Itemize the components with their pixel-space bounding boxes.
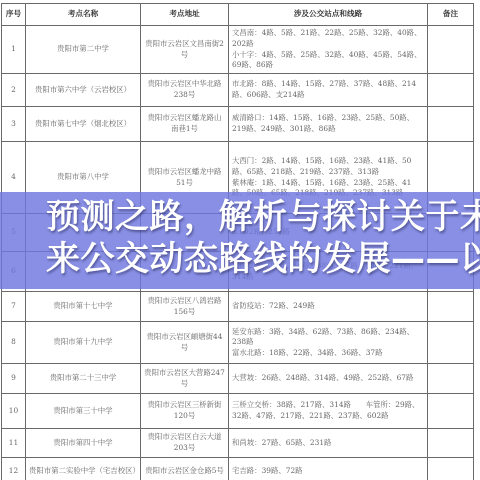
table-row: 9 贵阳市第二十三中学 贵阳市云岩区大营路247号 大营坡：26路、248路、3… [2,364,474,394]
row-name: 贵阳市第六中学（云岩校区） [26,74,141,107]
row-note [428,26,474,74]
stop-line: 宅吉路：39路、72路 [232,466,424,477]
headline-line-1: 预测之路，解析与探讨关于未 [0,196,480,238]
row-address: 贵阳市云岩区白云大道203号 [141,429,229,458]
stop-line: 富水北路：18路、22路、34路、36路、37路 [232,348,424,359]
row-routes: 威清路口：14路、15路、16路、23路、25路、50路、219路、249路、3… [229,107,428,142]
row-address: 贵阳市云岩区頔塘街44号 [141,322,229,364]
stop-line: 延安东路：3路、34路、62路、73路、86路、234路、238路 [232,327,424,348]
row-note [428,74,474,107]
table-row: 2 贵阳市第六中学（云岩校区） 贵阳市云岩区中华北路238号 市北路：8路、14… [2,74,474,107]
table-row: 7 贵阳市第十七中学 贵阳市云岩区八鸽岩路156号 省防疫站：72路、249路 [2,292,474,322]
row-no: 10 [2,394,26,429]
header-address: 考点地址 [141,4,229,26]
row-note [428,107,474,142]
header-name: 考点名称 [26,4,141,26]
table-row: 12 贵阳市第二实验中学（宅吉校区） 贵阳市云岩区金仓路5号 宅吉路：39路、7… [2,458,474,480]
stop-line: 和尚坡：27路、65路、231路 [232,438,424,449]
row-routes: 市北路：8路、14路、15路、27路、37路、48路、214路、606路、支21… [229,74,428,107]
row-no: 11 [2,429,26,458]
row-note [428,322,474,364]
stop-line: 大营坡：26路、248路、314路、49路、252路、67路 [232,373,424,384]
header-no: 序号 [2,4,26,26]
table-row: 8 贵阳市第十九中学 贵阳市云岩区頔塘街44号 延安东路：3路、34路、62路、… [2,322,474,364]
stop-line: 大西门：2路、14路、15路、16路、23路、41路、50路、65路、218路、… [232,156,424,177]
row-name: 贵阳市第十九中学 [26,322,141,364]
row-no: 9 [2,364,26,394]
row-no: 3 [2,107,26,142]
stop-line: 三桥立交桥：38路、217路、314路 车管所：29路、32路、47路、217路… [232,400,424,421]
stop-line: 威清路口：14路、15路、16路、23路、25路、50路、219路、249路、3… [232,113,424,134]
row-no: 1 [2,26,26,74]
row-address: 贵阳市云岩区中华北路238号 [141,74,229,107]
row-name: 贵阳市第十七中学 [26,292,141,322]
header-note: 备注 [428,4,474,26]
row-note [428,458,474,480]
row-address: 贵阳市云岩区蟠龙路山南巷1号 [141,107,229,142]
stop-line: 小十字：4路、5路、25路、32路、40路、45路、54路、69路、86路 [232,50,424,71]
header-routes: 涉及公交站点和线路 [229,4,428,26]
row-address: 贵阳市云岩区八鸽岩路156号 [141,292,229,322]
row-address: 贵阳市云岩区金仓路5号 [141,458,229,480]
stop-line: 市北路：8路、14路、15路、27路、37路、48路、214路、606路、支21… [232,79,424,100]
row-routes: 三桥立交桥：38路、217路、314路 车管所：29路、32路、47路、217路… [229,394,428,429]
table-row: 3 贵阳市第七中学（烟北校区） 贵阳市云岩区蟠龙路山南巷1号 威清路口：14路、… [2,107,474,142]
stop-line: 省防疫站：72路、249路 [232,301,424,312]
row-routes: 宅吉路：39路、72路 [229,458,428,480]
row-name: 贵阳市第二实验中学（宅吉校区） [26,458,141,480]
row-routes: 大营坡：26路、248路、314路、49路、252路、67路 [229,364,428,394]
row-routes: 和尚坡：27路、65路、231路 [229,429,428,458]
row-note [428,429,474,458]
row-no: 2 [2,74,26,107]
table-header-row: 序号 考点名称 考点地址 涉及公交站点和线路 备注 [2,4,474,26]
table-row: 11 贵阳市第四十中学 贵阳市云岩区白云大道203号 和尚坡：27路、65路、2… [2,429,474,458]
row-name: 贵阳市第四十中学 [26,429,141,458]
table-row: 1 贵阳市第二中学 贵阳市云岩区文昌南街2号 文昌南：4路、5路、21路、22路… [2,26,474,74]
stop-line: 文昌南：4路、5路、21路、22路、25路、32路、40路、202路 [232,28,424,49]
row-address: 贵阳市云岩区大营路247号 [141,364,229,394]
row-address: 贵阳市云岩区文昌南街2号 [141,26,229,74]
row-routes: 延安东路：3路、34路、62路、73路、86路、234路、238路 富水北路：1… [229,322,428,364]
row-name: 贵阳市第三十中学 [26,394,141,429]
row-no: 8 [2,322,26,364]
row-name: 贵阳市第七中学（烟北校区） [26,107,141,142]
headline-title: 预测之路，解析与探讨关于未 来公交动态路线的发展——以 [0,196,480,280]
headline-line-2: 来公交动态路线的发展——以 [0,238,480,280]
row-note [428,394,474,429]
row-name: 贵阳市第二十三中学 [26,364,141,394]
row-note [428,292,474,322]
row-no: 7 [2,292,26,322]
table-row: 10 贵阳市第三十中学 贵阳市云岩区三桥新街120号 三桥立交桥：38路、217… [2,394,474,429]
row-routes: 文昌南：4路、5路、21路、22路、25路、32路、40路、202路 小十字：4… [229,26,428,74]
row-no: 12 [2,458,26,480]
row-routes: 省防疫站：72路、249路 [229,292,428,322]
row-note [428,364,474,394]
row-address: 贵阳市云岩区三桥新街120号 [141,394,229,429]
row-name: 贵阳市第二中学 [26,26,141,74]
